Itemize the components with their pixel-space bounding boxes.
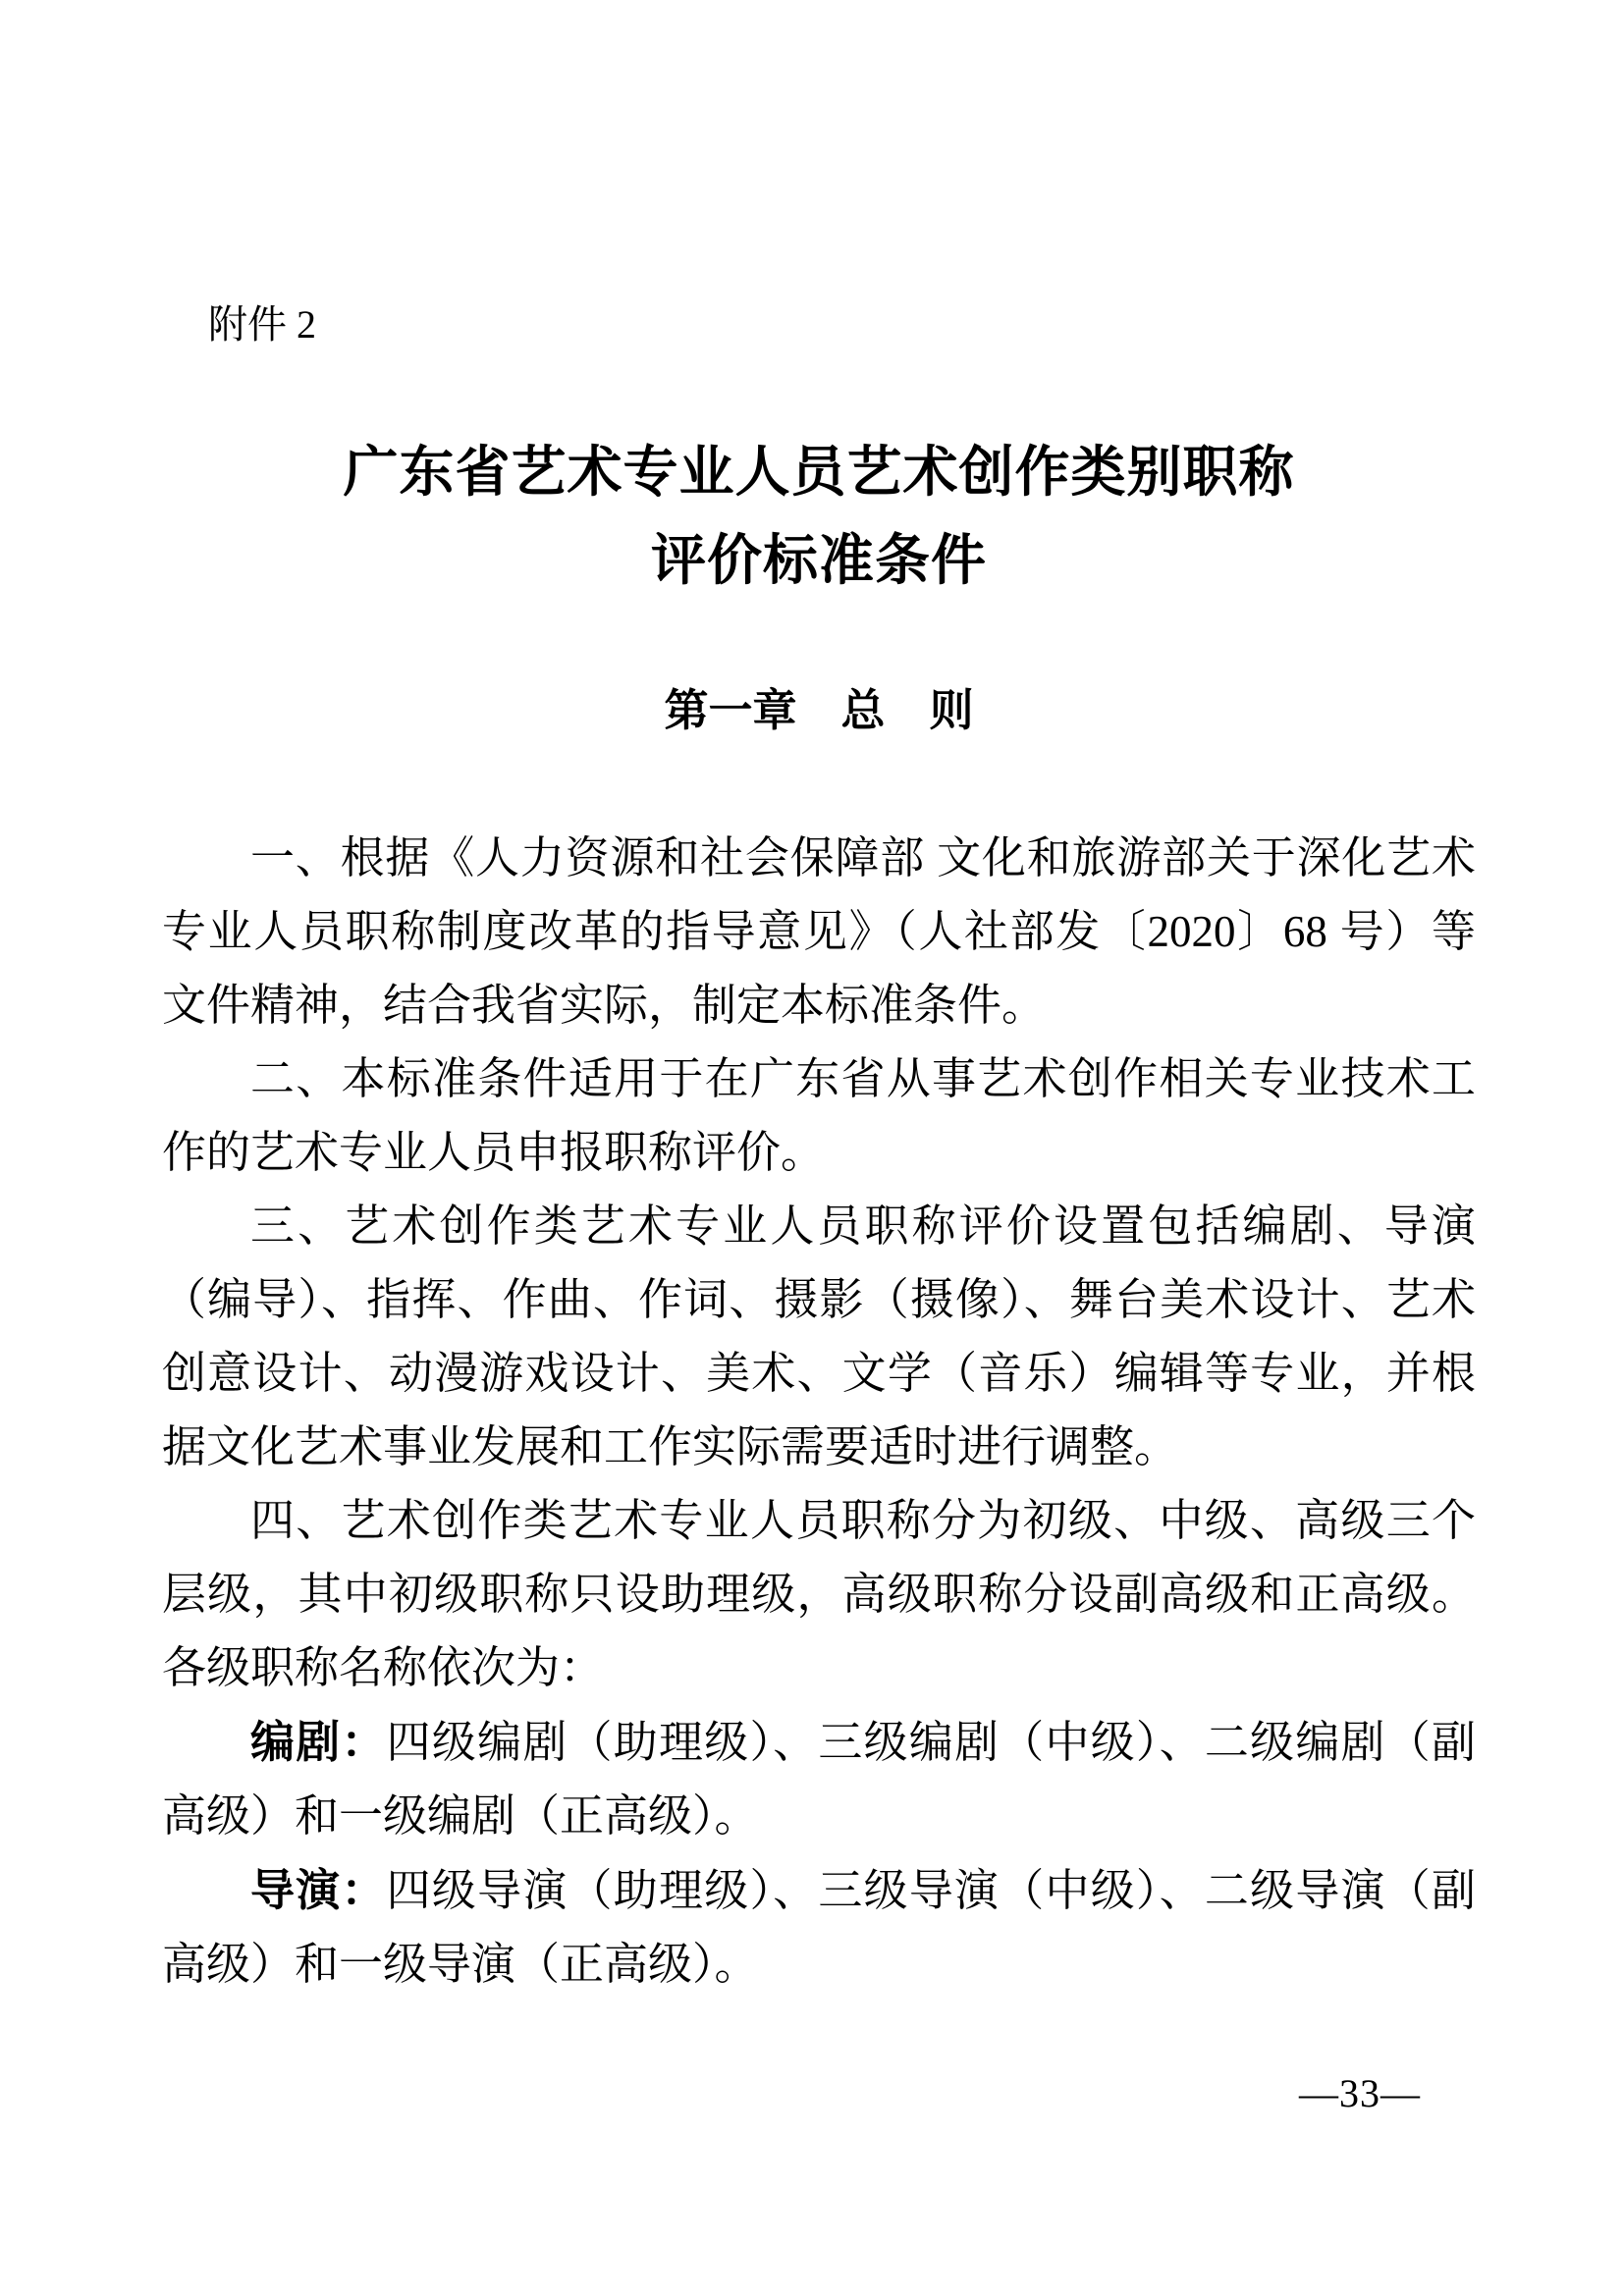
document-page: 附件 2 广东省艺术专业人员艺术创作类别职称 评价标准条件 第一章 总 则 一、… bbox=[0, 0, 1623, 2296]
paragraph-6-lead: 导演： bbox=[250, 1865, 387, 1915]
attachment-label: 附件 2 bbox=[208, 0, 1623, 350]
paragraph-4-text: 四、艺术创作类艺术专业人员职称分为初级、中级、高级三个层级，其中初级职称只设助理… bbox=[162, 1496, 1476, 1692]
document-title: 广东省艺术专业人员艺术创作类别职称 评价标准条件 bbox=[162, 429, 1476, 606]
paragraph-1: 一、根据《人力资源和社会保障部 文化和旅游部关于深化艺术专业人员职称制度改革的指… bbox=[162, 822, 1476, 1042]
paragraph-3: 三、艺术创作类艺术专业人员职称评价设置包括编剧、导演（编导）、指挥、作曲、作词、… bbox=[162, 1190, 1476, 1484]
paragraph-2: 二、本标准条件适用于在广东省从事艺术创作相关专业技术工作的艺术专业人员申报职称评… bbox=[162, 1042, 1476, 1190]
paragraph-5-lead: 编剧： bbox=[250, 1717, 387, 1767]
paragraph-2-text: 二、本标准条件适用于在广东省从事艺术创作相关专业技术工作的艺术专业人员申报职称评… bbox=[162, 1054, 1476, 1177]
document-content: 广东省艺术专业人员艺术创作类别职称 评价标准条件 第一章 总 则 一、根据《人力… bbox=[162, 429, 1476, 2002]
paragraph-4: 四、艺术创作类艺术专业人员职称分为初级、中级、高级三个层级，其中初级职称只设助理… bbox=[162, 1484, 1476, 1705]
chapter-heading: 第一章 总 则 bbox=[162, 684, 1476, 737]
document-body: 一、根据《人力资源和社会保障部 文化和旅游部关于深化艺术专业人员职称制度改革的指… bbox=[162, 822, 1476, 2002]
document-title-line-1: 广东省艺术专业人员艺术创作类别职称 bbox=[162, 429, 1476, 517]
paragraph-1-text: 一、根据《人力资源和社会保障部 文化和旅游部关于深化艺术专业人员职称制度改革的指… bbox=[162, 833, 1476, 1030]
paragraph-3-text: 三、艺术创作类艺术专业人员职称评价设置包括编剧、导演（编导）、指挥、作曲、作词、… bbox=[162, 1201, 1476, 1471]
paragraph-6: 导演：四级导演（助理级）、三级导演（中级）、二级导演（副高级）和一级导演（正高级… bbox=[162, 1853, 1476, 2002]
page-number: —33— bbox=[1299, 2069, 1421, 2118]
paragraph-5: 编剧：四级编剧（助理级）、三级编剧（中级）、二级编剧（副高级）和一级编剧（正高级… bbox=[162, 1705, 1476, 1853]
document-title-line-2: 评价标准条件 bbox=[162, 517, 1476, 606]
